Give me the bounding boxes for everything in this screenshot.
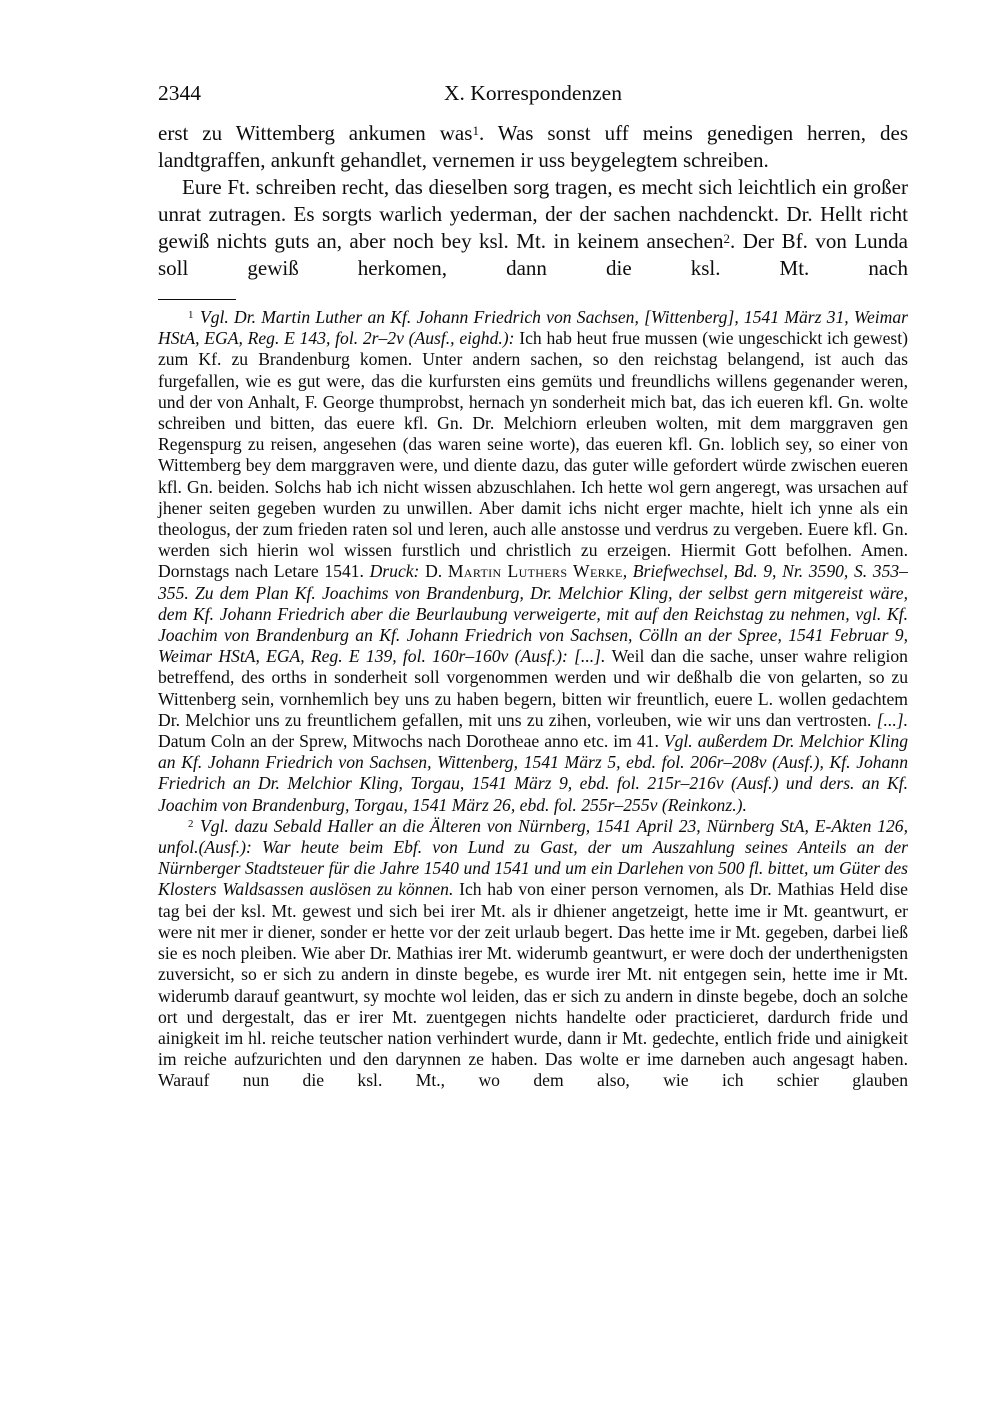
- footnote-1-marker: 1: [188, 309, 193, 321]
- footnote-1: 1Vgl. Dr. Martin Luther an Kf. Johann Fr…: [158, 307, 908, 816]
- footnote-separator-rule: [158, 299, 236, 300]
- body-paragraph-2: Eure Ft. schreiben recht, das dieselben …: [158, 174, 908, 282]
- main-text: erst zu Wittemberg ankumen was1. Was son…: [158, 120, 908, 282]
- page-header: 2344 X. Korrespondenzen: [158, 80, 908, 107]
- footnote-reference: 1: [472, 123, 479, 138]
- text-column: 2344 X. Korrespondenzen erst zu Wittembe…: [158, 80, 908, 1092]
- footnotes-section: 1Vgl. Dr. Martin Luther an Kf. Johann Fr…: [158, 307, 908, 1092]
- footnote-2: 2Vgl. dazu Sebald Haller an die Älteren …: [158, 816, 908, 1092]
- book-page: 2344 X. Korrespondenzen erst zu Wittembe…: [0, 0, 1004, 1418]
- footnote-reference: 2: [724, 231, 731, 246]
- footnote-1-text: Vgl. Dr. Martin Luther an Kf. Johann Fri…: [158, 307, 908, 815]
- body-paragraph-1: erst zu Wittemberg ankumen was1. Was son…: [158, 120, 908, 174]
- running-head: X. Korrespondenzen: [158, 80, 908, 107]
- footnote-2-marker: 2: [188, 818, 193, 830]
- footnote-2-text: Vgl. dazu Sebald Haller an die Älteren v…: [158, 816, 908, 1090]
